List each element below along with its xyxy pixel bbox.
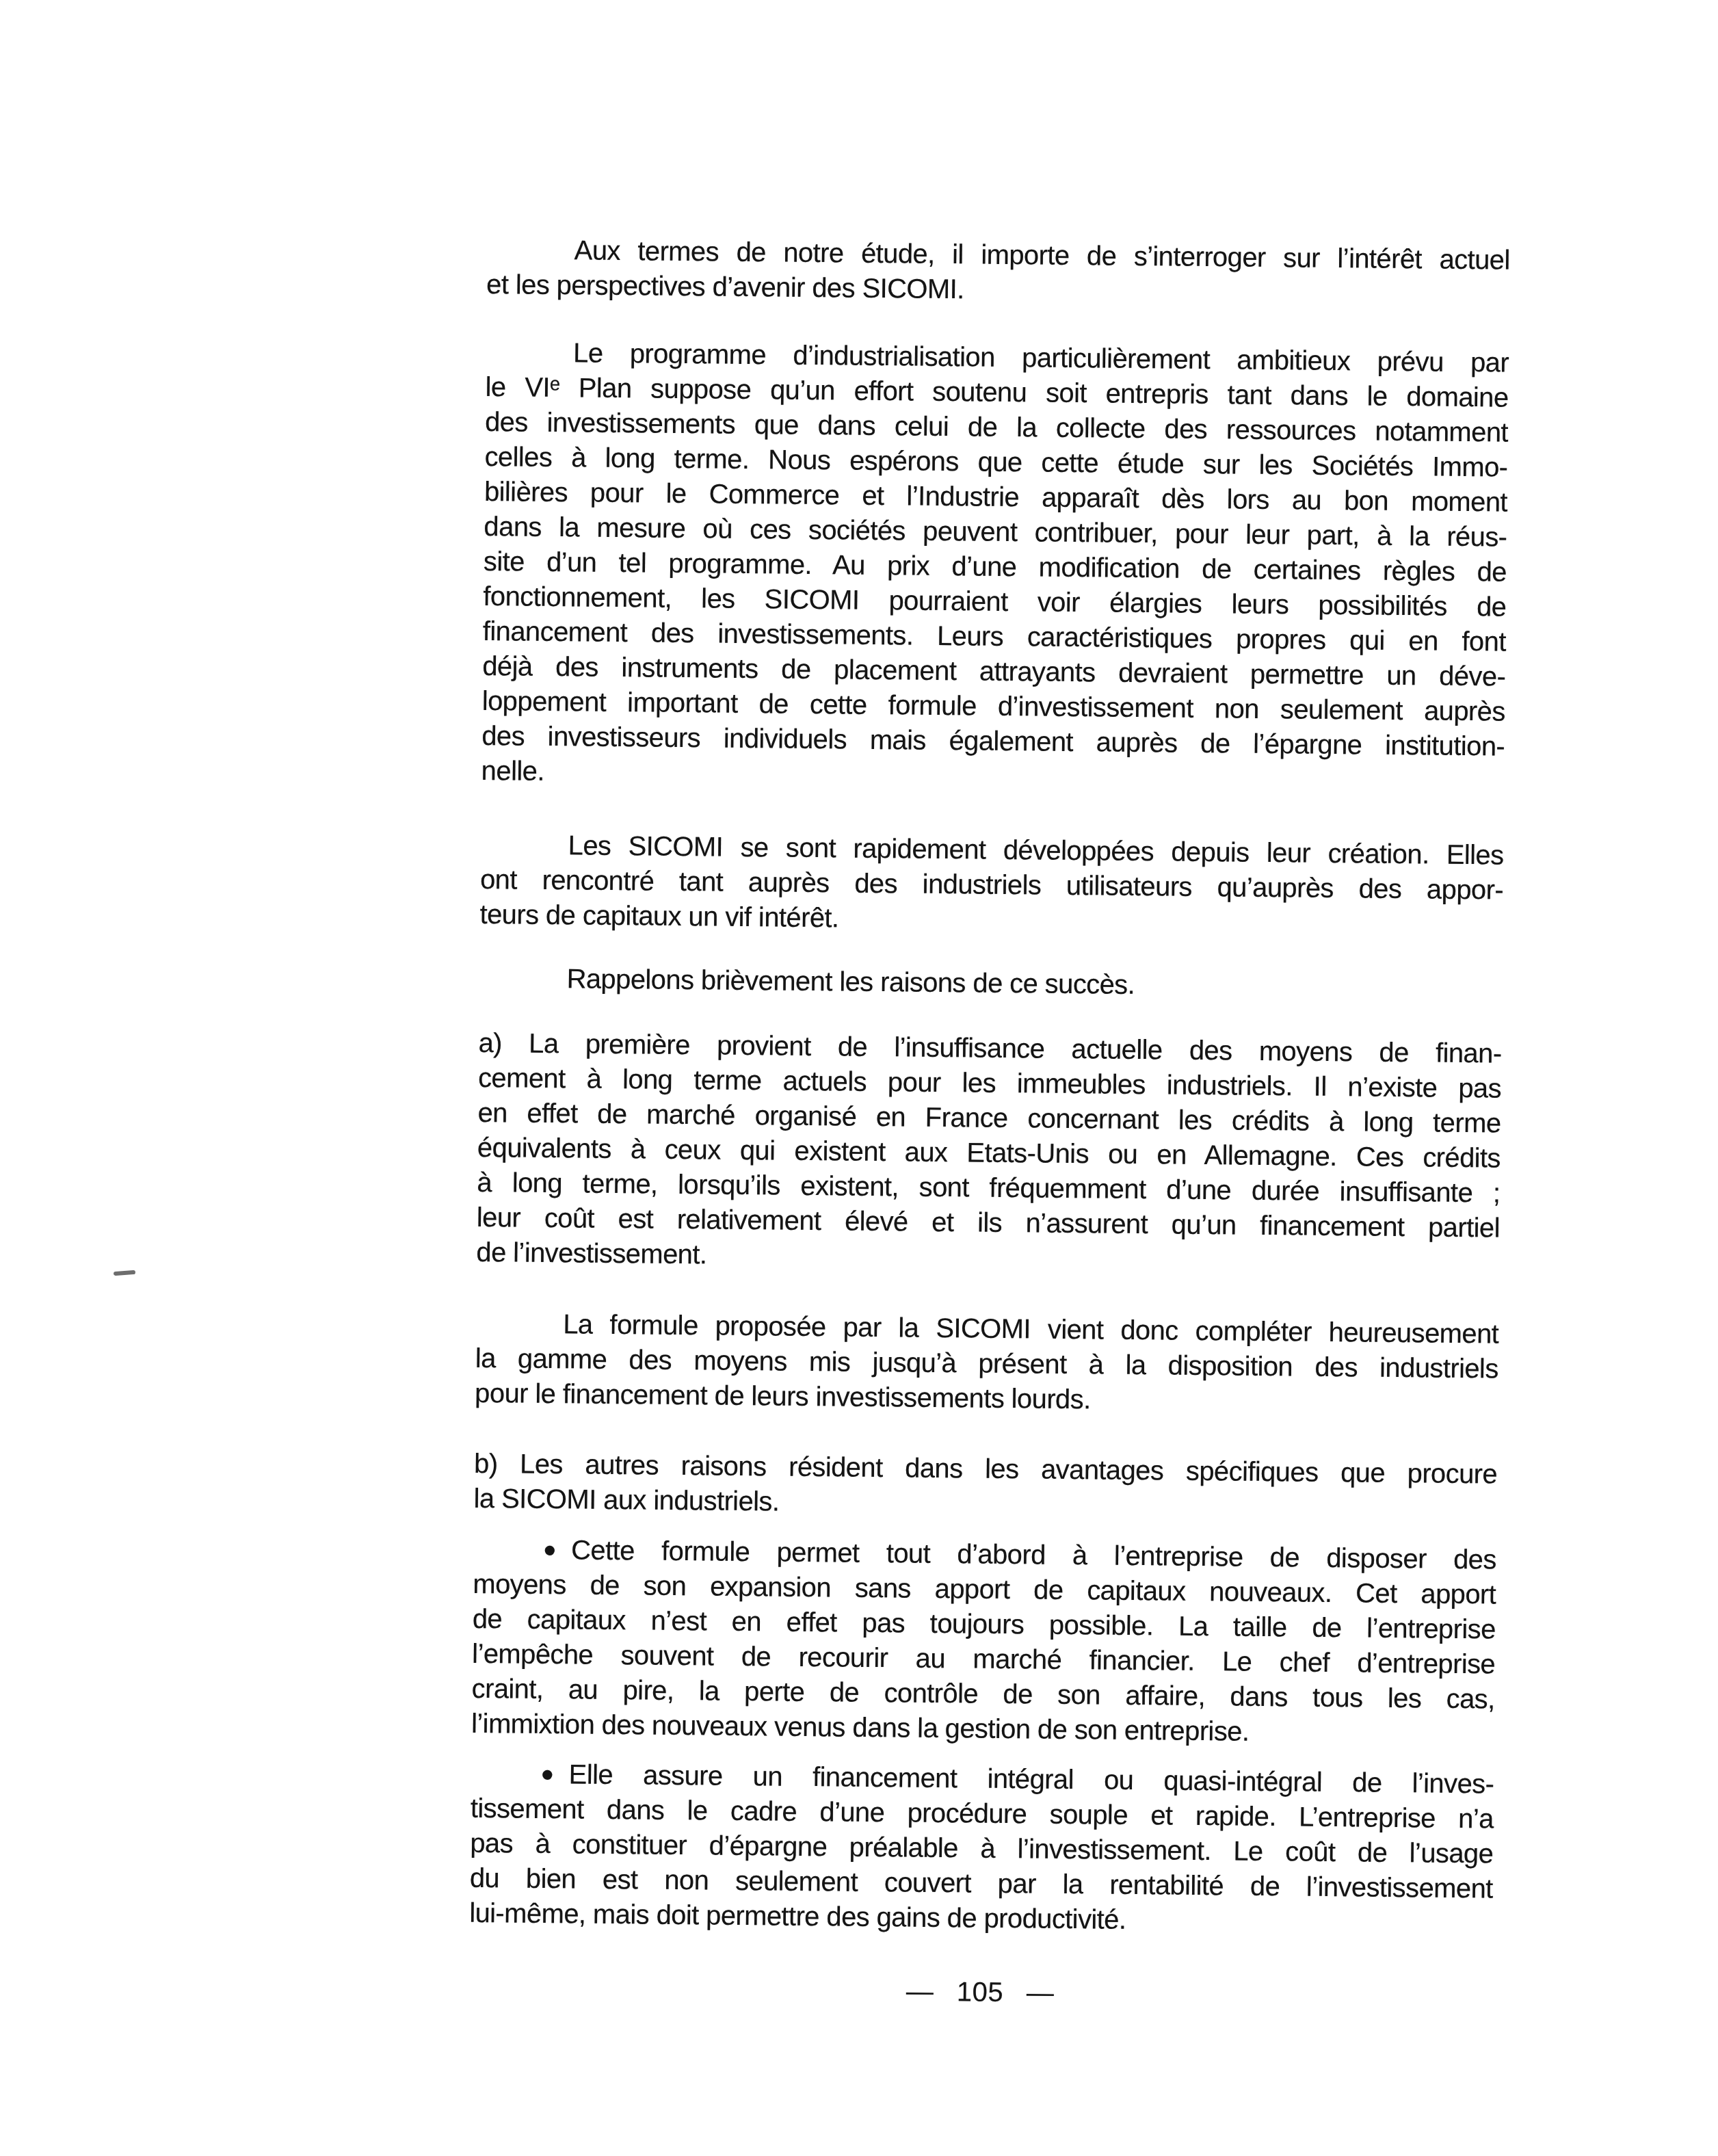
paragraph: La formule proposée par la SICOMI vient … xyxy=(475,1306,1499,1422)
paragraph: a) La première provient de l’insuffisanc… xyxy=(476,1026,1502,1281)
bullet-icon: ● xyxy=(540,1762,569,1785)
text-line: Rappelons brièvement les raisons de ce s… xyxy=(479,961,1502,1007)
text-line-content: nelle. xyxy=(481,756,544,787)
bullet-icon: ● xyxy=(543,1538,572,1560)
paragraph: Rappelons brièvement les raisons de ce s… xyxy=(479,961,1502,1007)
text-line-content: pour le financement de leurs investissem… xyxy=(475,1378,1091,1415)
paragraph: Aux termes de notre étude, il importe de… xyxy=(486,233,1510,313)
paragraph: ●Cette formule permet tout d’abord à l’e… xyxy=(471,1532,1496,1752)
text-line-content: et les perspectives d’avenir des SICOMI. xyxy=(486,269,964,304)
text-line-content: Rappelons brièvement les raisons de ce s… xyxy=(566,964,1135,1000)
text-line-content: de l’investissement. xyxy=(476,1237,706,1270)
text-line-content: l’immixtion des nouveaux venus dans la g… xyxy=(471,1709,1250,1747)
text-line-content: lui-même, mais doit permettre des gains … xyxy=(469,1898,1126,1935)
margin-smudge xyxy=(114,1270,135,1276)
paragraph: Les SICOMI se sont rapidement développée… xyxy=(479,828,1504,943)
paragraph: b) Les autres raisons résident dans les … xyxy=(473,1447,1497,1527)
document-page: — 105 — Aux termes de notre étude, il im… xyxy=(0,0,1718,2156)
text-line-content: la SICOMI aux industriels. xyxy=(473,1484,779,1517)
text-line-content: teurs de capitaux un vif intérêt. xyxy=(479,899,838,933)
paragraph: ●Elle assure un financement intégral ou … xyxy=(469,1757,1494,1942)
paragraph: Le programme d’industrialisation particu… xyxy=(481,335,1509,800)
text-column: — 105 — Aux termes de notre étude, il im… xyxy=(468,233,1510,2056)
page-number: — 105 — xyxy=(468,1970,1492,2016)
